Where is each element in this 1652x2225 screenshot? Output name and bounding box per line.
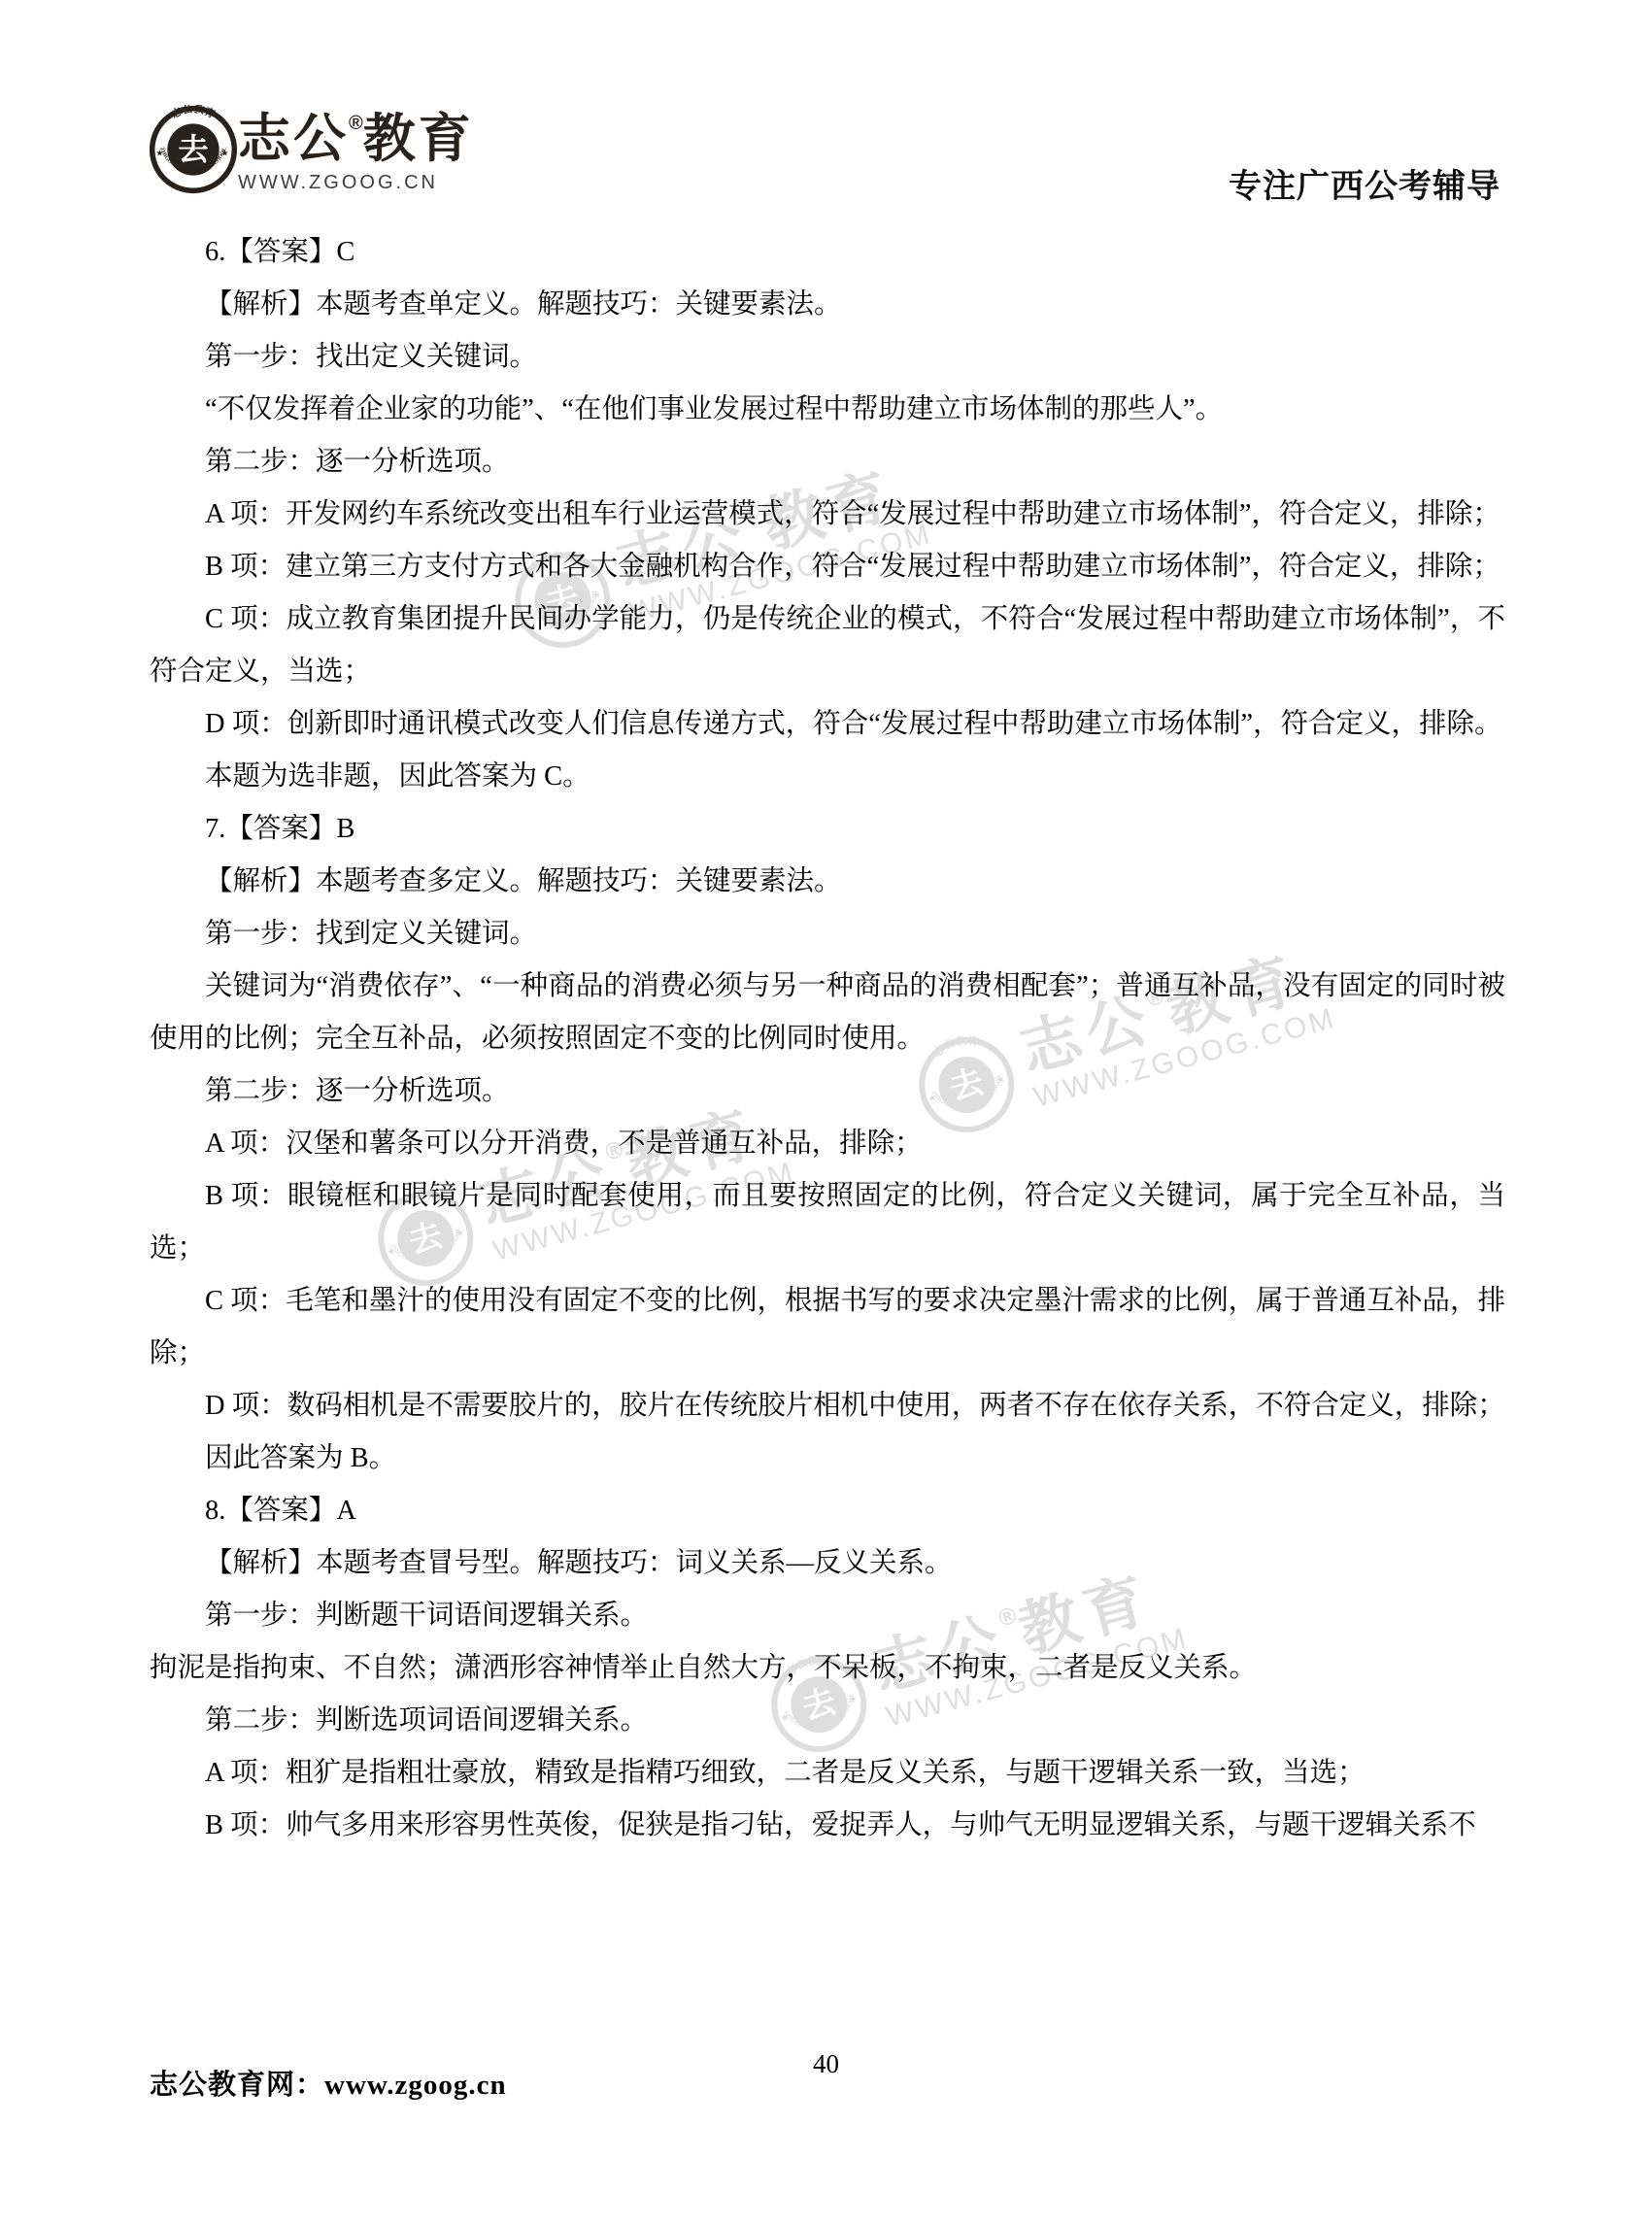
seal-star-left: ★ <box>155 148 163 157</box>
seal-logo-icon: 去 志公教育 ZHIGONG EDUCATION SCHOOL ★ ★ <box>149 105 238 194</box>
seal-glyph: 去 <box>178 133 208 167</box>
paragraph-line: D 项：数码相机是不需要胶片的，胶片在传统胶片相机中使用，两者不存在依存关系，不… <box>150 1380 1505 1433</box>
paragraph-line: 拘泥是指拘束、不自然；潇洒形容神情举止自然大方，不呆板，不拘束，二者是反义关系。 <box>150 1642 1505 1695</box>
paragraph-line: 8.【答案】A <box>150 1485 1505 1537</box>
paragraph-line: A 项：汉堡和薯条可以分开消费，不是普通互补品，排除； <box>150 1118 1505 1170</box>
brand-seal-icon: 去 志公教育 ZHIGONG EDUCATION SCHOOL ★ ★ <box>149 105 238 194</box>
paragraph-line: A 项：粗犷是指粗壮豪放，精致是指精巧细致，二者是反义关系，与题干逻辑关系一致，… <box>150 1747 1505 1800</box>
paragraph-line: 第二步：判断选项词语间逻辑关系。 <box>150 1695 1505 1747</box>
brand-name: 志公®教育 <box>238 113 474 165</box>
registered-mark: ® <box>349 113 363 134</box>
seal-star-right: ★ <box>221 148 229 157</box>
document-page: 去 志公教育 ZHIGONG EDUCATION SCHOOL ★ ★ 志公®教… <box>0 0 1652 2225</box>
paragraph-line: 第二步：逐一分析选项。 <box>150 1065 1505 1118</box>
paragraph-line: 第一步：找出定义关键词。 <box>150 331 1505 384</box>
paragraph-line: 第一步：找到定义关键词。 <box>150 908 1505 961</box>
paragraph-line: A 项：开发网约车系统改变出租车行业运营模式，符合“发展过程中帮助建立市场体制”… <box>150 489 1505 541</box>
footer-site-link: 志公教育网：www.zgoog.cn <box>150 2063 507 2103</box>
brand-name-right: 教育 <box>363 110 474 168</box>
paragraph-line: B 项：建立第三方支付方式和各大金融机构合作，符合“发展过程中帮助建立市场体制”… <box>150 541 1505 593</box>
paragraph-line: 【解析】本题考查冒号型。解题技巧：词义关系—反义关系。 <box>150 1537 1505 1590</box>
brand-logo: 志公®教育 WWW.ZGOOG.CN <box>238 113 474 194</box>
paragraph-line: C 项：毛笔和墨汁的使用没有固定不变的比例，根据书写的要求决定墨汁需求的比例，属… <box>150 1275 1505 1380</box>
paragraph-line: 因此答案为 B。 <box>150 1433 1505 1485</box>
brand-website: WWW.ZGOOG.CN <box>238 172 474 194</box>
answer-explanations: 6.【答案】C【解析】本题考查单定义。解题技巧：关键要素法。第一步：找出定义关键… <box>150 226 1505 1852</box>
paragraph-line: 7.【答案】B <box>150 803 1505 856</box>
paragraph-line: “不仅发挥着企业家的功能”、“在他们事业发展过程中帮助建立市场体制的那些人”。 <box>150 384 1505 436</box>
paragraph-line: D 项：创新即时通讯模式改变人们信息传递方式，符合“发展过程中帮助建立市场体制”… <box>150 698 1505 751</box>
paragraph-line: C 项：成立教育集团提升民间办学能力，仍是传统企业的模式，不符合“发展过程中帮助… <box>150 593 1505 698</box>
header-tagline: 专注广西公考辅导 <box>1229 159 1500 207</box>
paragraph-line: B 项：帅气多用来形容男性英俊，促狭是指刁钻，爱捉弄人，与帅气无明显逻辑关系，与… <box>150 1800 1505 1852</box>
paragraph-line: B 项：眼镜框和眼镜片是同时配套使用，而且要按照固定的比例，符合定义关键词，属于… <box>150 1170 1505 1275</box>
paragraph-line: 【解析】本题考查单定义。解题技巧：关键要素法。 <box>150 279 1505 331</box>
paragraph-line: 第二步：逐一分析选项。 <box>150 436 1505 489</box>
paragraph-line: 【解析】本题考查多定义。解题技巧：关键要素法。 <box>150 856 1505 908</box>
paragraph-line: 关键词为“消费依存”、“一种商品的消费必须与另一种商品的消费相配套”；普通互补品… <box>150 961 1505 1065</box>
paragraph-line: 第一步：判断题干词语间逻辑关系。 <box>150 1590 1505 1642</box>
paragraph-line: 本题为选非题，因此答案为 C。 <box>150 751 1505 803</box>
paragraph-line: 6.【答案】C <box>150 226 1505 279</box>
brand-name-left: 志公 <box>238 110 349 168</box>
